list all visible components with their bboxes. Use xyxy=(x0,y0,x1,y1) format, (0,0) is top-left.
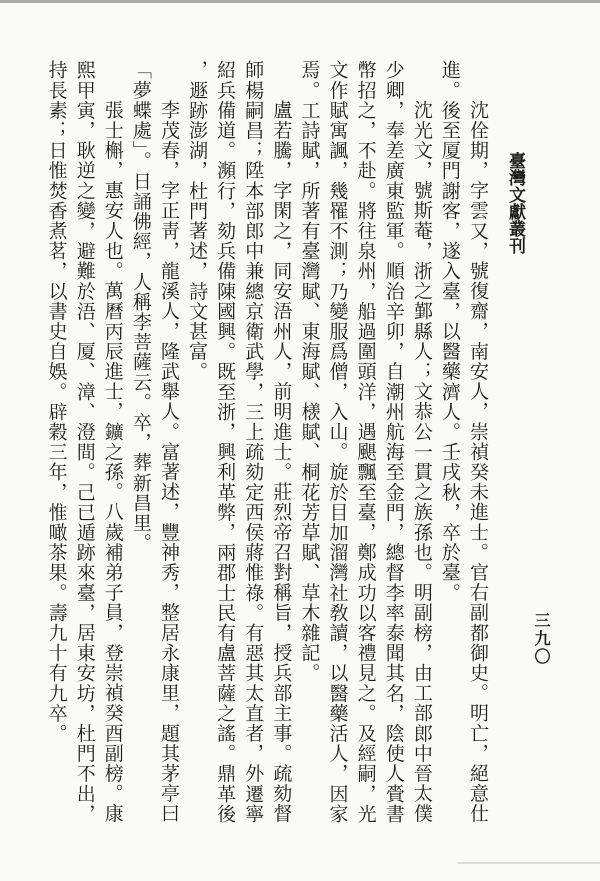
text-column: 沈佺期，字雲又，號復齋，南安人，崇禎癸未進士。官右副都御史。明亡，絕意仕 xyxy=(464,60,492,850)
text-column: 焉。工詩賦，所著有臺灣賦、東海賦、檨賦、桐花芳草賦、草木雜記。 xyxy=(295,60,323,850)
text-column: 紹兵備道。瀕行，劾兵備陳國興。既至浙，興利革弊，兩郡士民有盧菩薩之謠。鼎革後 xyxy=(211,60,239,850)
text-column: 盧若騰，字閑之，同安浯州人，前明進士。莊烈帝召對稱旨，授兵部主事。疏劾督 xyxy=(267,60,295,850)
page-scan: 臺灣文獻叢刊 三九〇 沈佺期，字雲又，號復齋，南安人，崇禎癸未進士。官右副都御史… xyxy=(0,0,600,881)
text-column: 張士槲，惠安人也。萬曆丙辰進士，鑛之孫。八歲補弟子員，登崇禎癸酉副榜。康 xyxy=(99,60,127,850)
text-column: 少卿，奉差廣東監軍。順治辛卯，自潮州航海至金門，總督李率泰聞其名，陰使人賫書 xyxy=(380,60,408,850)
page-number: 三九〇 xyxy=(530,612,553,666)
series-title: 臺灣文獻叢刊 xyxy=(503,152,528,254)
text-column: 熙甲寅，耿逆之變，避難於浯、厦、漳、澄間。己已遁跡來臺，居東安坊，杜門不出， xyxy=(71,60,99,850)
text-column: 「夢蝶處」。日誦佛經，人稱李菩薩云。卒，葬新昌里。 xyxy=(127,60,155,850)
text-column: ，遯跡澎湖，杜門著述，詩文甚富。 xyxy=(183,60,211,850)
scan-edge-artifact-bottom xyxy=(458,862,600,864)
text-block: 沈佺期，字雲又，號復齋，南安人，崇禎癸未進士。官右副都御史。明亡，絕意仕進。後至… xyxy=(41,60,492,850)
text-column: 持長素；日惟焚香煮茗，以書史自娛。辟穀三年，惟噉茶果。壽九十有九卒。 xyxy=(43,60,71,850)
text-column: 進。後至厦門謝客，遂入臺，以醫藥濟人。壬戌秋，卒於臺。 xyxy=(436,60,464,850)
text-column: 幣招之，不赴。將往泉州，船過圍頭洋，遇颶飄至臺，鄭成功以客禮見之。及經嗣，光 xyxy=(352,60,380,850)
text-column: 沈光文，號斯菴，浙之鄞縣人；文恭公一貫之族孫也。明副榜，由工部郎中晉太僕 xyxy=(408,60,436,850)
text-column: 文作賦寓諷，幾罹不測；乃變服爲僧，入山。旋於目加溜灣社敎讀，以醫藥活人，因家 xyxy=(323,60,351,850)
text-column: 李茂春，字正靑，龍溪人，隆武舉人。富著述，豐神秀，整居永康里，題其茅亭曰 xyxy=(155,60,183,850)
text-column: 師楊嗣昌；陞本部郎中兼總京衛武學，三上疏劾定西侯蔣惟祿。有惡其太直者，外遷寧 xyxy=(239,60,267,850)
scan-edge-artifact-top xyxy=(0,0,600,3)
